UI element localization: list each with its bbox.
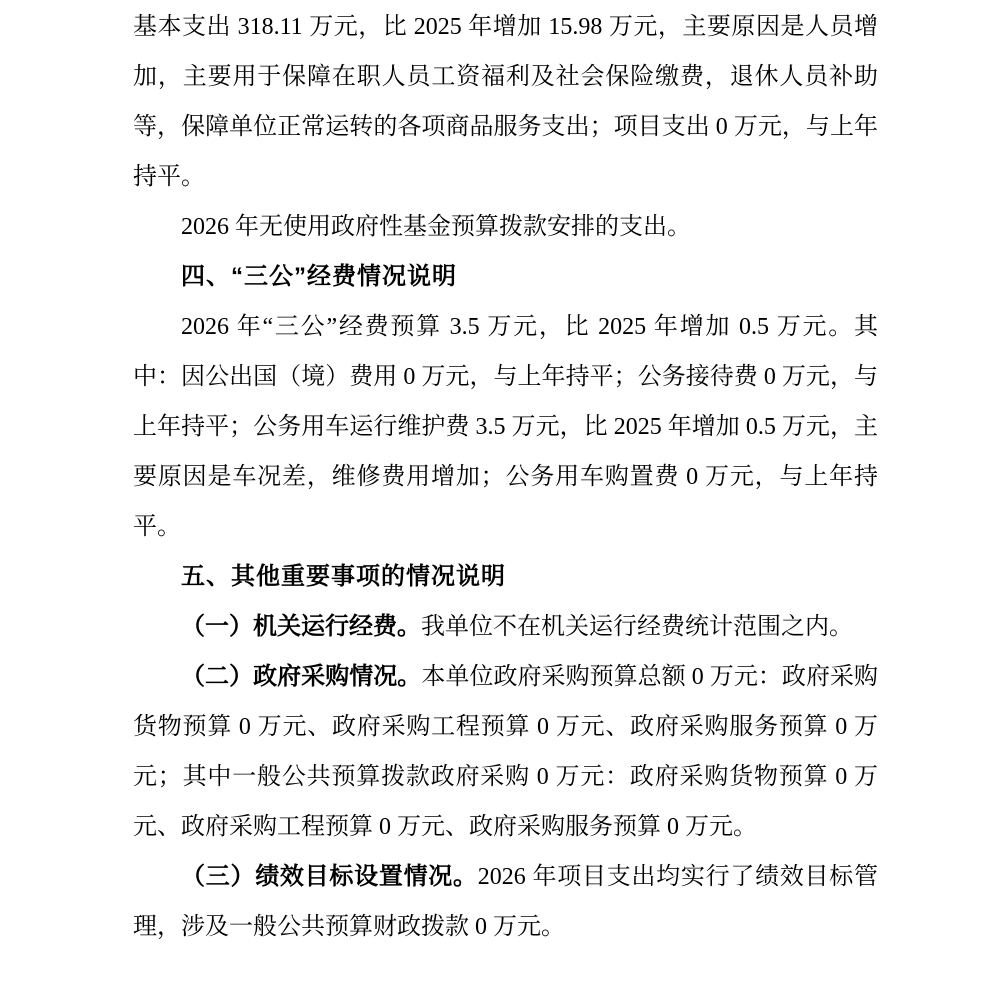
subsection-text-two: 本单位政府采购预算总额 0 万元：政府采购货物预算 0 万元、政府采购工程预算 … <box>133 664 878 840</box>
paragraph-three-public-funds: 2026 年“三公”经费预算 3.5 万元，比 2025 年增加 0.5 万元。… <box>133 302 878 552</box>
subsection-lead-one: （一）机关运行经费。 <box>181 614 421 640</box>
paragraph-item-one: （一）机关运行经费。我单位不在机关运行经费统计范围之内。 <box>133 602 878 652</box>
paragraph-item-two: （二）政府采购情况。本单位政府采购预算总额 0 万元：政府采购货物预算 0 万元… <box>133 652 878 852</box>
paragraph-basic-expenditure: 基本支出 318.11 万元，比 2025 年增加 15.98 万元，主要原因是… <box>133 2 878 202</box>
document-body: 基本支出 318.11 万元，比 2025 年增加 15.98 万元，主要原因是… <box>133 2 878 952</box>
section-heading-four: 四、“三公”经费情况说明 <box>133 252 878 302</box>
section-heading-five: 五、其他重要事项的情况说明 <box>133 552 878 602</box>
subsection-lead-three: （三）绩效目标设置情况。 <box>181 864 478 890</box>
subsection-lead-two: （二）政府采购情况。 <box>181 664 421 690</box>
document-page: 基本支出 318.11 万元，比 2025 年增加 15.98 万元，主要原因是… <box>0 0 1000 1003</box>
subsection-text-one: 我单位不在机关运行经费统计范围之内。 <box>421 614 853 640</box>
paragraph-item-three: （三）绩效目标设置情况。2026 年项目支出均实行了绩效目标管理，涉及一般公共预… <box>133 852 878 952</box>
paragraph-gov-fund: 2026 年无使用政府性基金预算拨款安排的支出。 <box>133 202 878 252</box>
